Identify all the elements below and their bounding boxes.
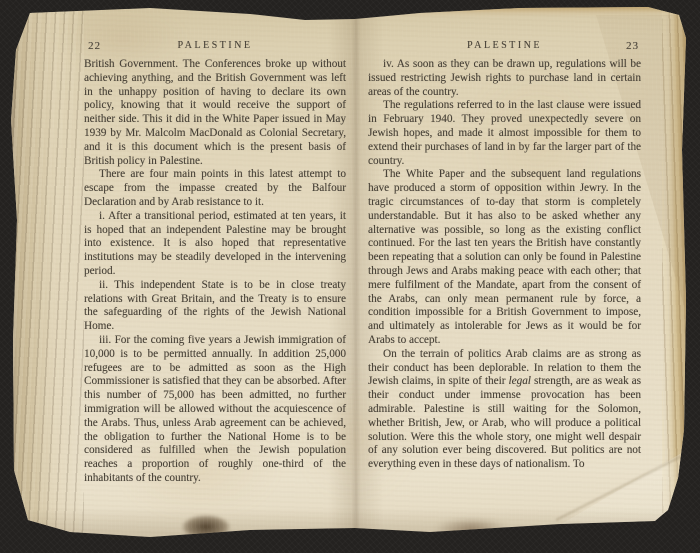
paragraph: ii. This independent State is to be in c… xyxy=(84,279,346,334)
left-page-number: 22 xyxy=(88,40,101,52)
right-running-header: PALESTINE xyxy=(368,40,641,51)
paragraph: The regulations referred to in the last … xyxy=(368,99,641,168)
right-page: PALESTINE 23 iv. As soon as they can be … xyxy=(368,40,641,472)
left-page: 22 PALESTINE British Government. The Con… xyxy=(84,40,346,486)
left-page-body: British Government. The Conferences brok… xyxy=(84,58,346,486)
right-page-number: 23 xyxy=(626,40,639,52)
paragraph: British Government. The Conferences brok… xyxy=(84,58,346,168)
paragraph: On the terrain of politics Arab claims a… xyxy=(368,348,641,472)
paragraph: The White Paper and the subsequent land … xyxy=(368,168,641,347)
paragraph: There are four main points in this lates… xyxy=(84,168,346,209)
open-book: 22 PALESTINE British Government. The Con… xyxy=(0,0,700,553)
paragraph-segment: strength, are as weak as their conduct u… xyxy=(368,375,641,470)
left-running-header: PALESTINE xyxy=(84,40,346,51)
left-page-header: 22 PALESTINE xyxy=(84,40,346,56)
paragraph: iii. For the coming five years a Jewish … xyxy=(84,334,346,486)
italic-word: legal xyxy=(509,375,531,387)
paragraph: iv. As soon as they can be drawn up, reg… xyxy=(368,58,641,99)
paragraph: i. After a transitional period, estimate… xyxy=(84,210,346,279)
right-page-body: iv. As soon as they can be drawn up, reg… xyxy=(368,58,641,472)
right-page-header: PALESTINE 23 xyxy=(368,40,641,56)
